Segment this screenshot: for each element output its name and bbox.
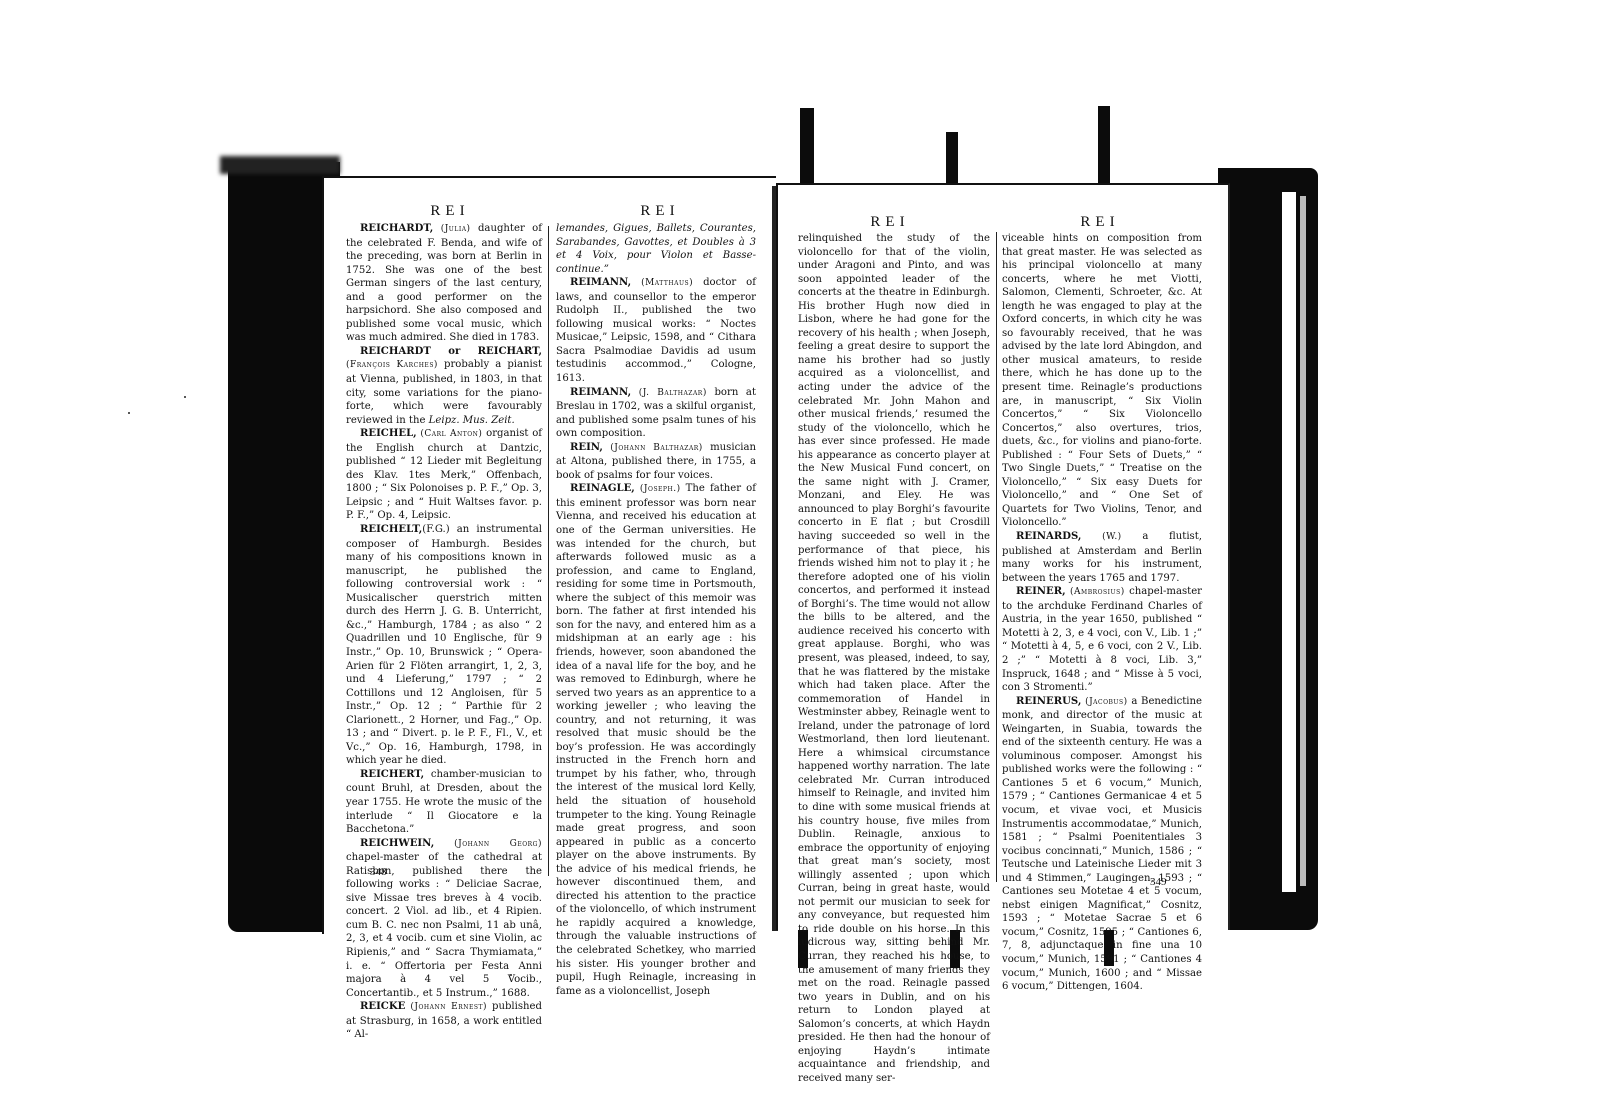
entry: REINARDS, (W.) a flutist, published at A… bbox=[1002, 530, 1202, 585]
entry: REICHARDT or REICHART, (François Karches… bbox=[346, 345, 542, 427]
column-rule bbox=[548, 226, 549, 876]
clamp-top-2 bbox=[946, 132, 958, 184]
scanned-book-spread: REI REI REICHARDT, (Julia) daughter of t… bbox=[0, 0, 1600, 1095]
left-page-column-2: lemandes, Gigues, Ballets, Courantes, Sa… bbox=[556, 222, 756, 998]
entry: REINERUS, (Jacobus) a Benedictine monk, … bbox=[1002, 695, 1202, 994]
page-number: 348 bbox=[370, 866, 387, 878]
entry: REINER, (Ambrosius) chapel-master to the… bbox=[1002, 585, 1202, 694]
running-header: REI bbox=[1000, 214, 1200, 231]
entry: REIMANN, (Matthaus) doctor of laws, and … bbox=[556, 276, 756, 385]
right-page-column-1: relinquished the study of the violoncell… bbox=[798, 232, 990, 1085]
entry: REIN, (Johann Balthazar) musician at Alt… bbox=[556, 441, 756, 483]
running-header: REI bbox=[790, 214, 990, 231]
entry: REICHERT, chamber-musician to count Bruh… bbox=[346, 768, 542, 837]
entry-continuation: viceable hints on composition from that … bbox=[1002, 232, 1202, 530]
entry-continuation: lemandes, Gigues, Ballets, Courantes, Sa… bbox=[556, 222, 756, 276]
entry: REIMANN, (J. Balthazar) born at Breslau … bbox=[556, 386, 756, 441]
running-header: REI bbox=[560, 203, 760, 220]
book-cover-right-edge bbox=[1218, 168, 1318, 930]
running-header: REI bbox=[350, 203, 550, 220]
entry: REINAGLE, (Joseph.) The father of this e… bbox=[556, 482, 756, 998]
entry: REICHWEIN, (Johann Georg) chapel-master … bbox=[346, 837, 542, 1001]
entry: REICHEL, (Carl Anton) organist of the En… bbox=[346, 427, 542, 523]
entry: REICHARDT, (Julia) daughter of the celeb… bbox=[346, 222, 542, 345]
right-page-column-2: viceable hints on composition from that … bbox=[1002, 232, 1202, 994]
column-rule bbox=[996, 232, 997, 882]
clamp-top-3 bbox=[1098, 106, 1110, 184]
entry: REICHELT,(F.G.) an instrumental composer… bbox=[346, 523, 542, 768]
entry: REICKE (Johann Ernest) published at Stra… bbox=[346, 1000, 542, 1042]
left-page-column-1: REICHARDT, (Julia) daughter of the celeb… bbox=[346, 222, 542, 1042]
page-number: 349 bbox=[1150, 876, 1167, 888]
clamp-top-1 bbox=[800, 108, 814, 188]
entry-continuation: relinquished the study of the violoncell… bbox=[798, 232, 990, 1085]
